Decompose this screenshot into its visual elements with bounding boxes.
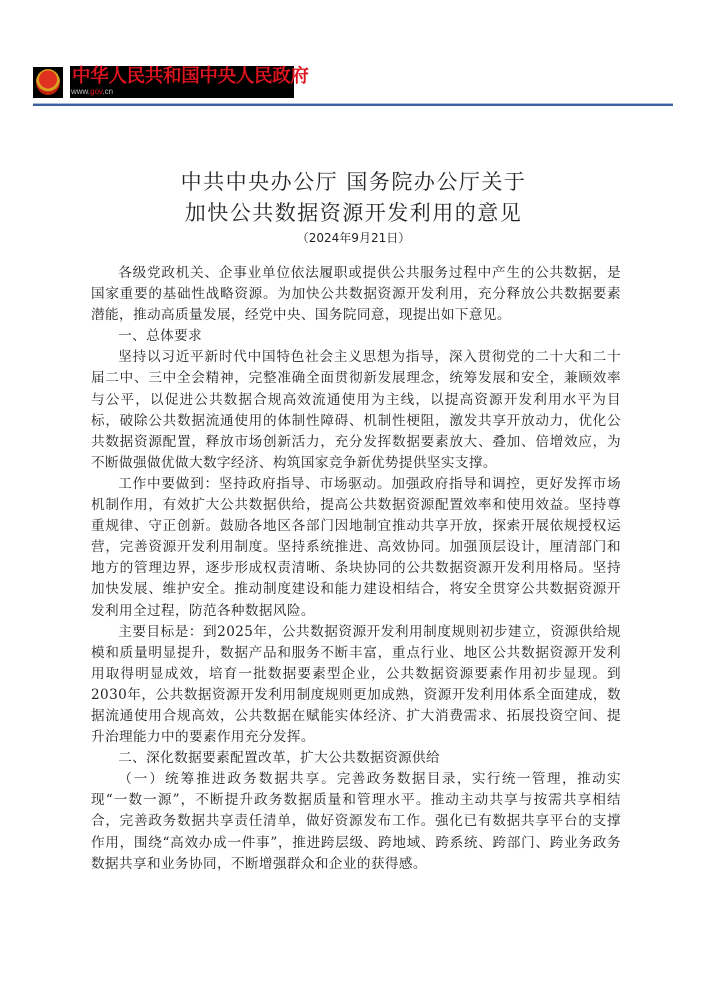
- header-divider: [33, 104, 673, 106]
- document-body: 各级党政机关、企事业单位依法履职或提供公共服务过程中产生的公共数据，是国家重要的…: [91, 263, 621, 875]
- document-title-line1: 中共中央办公厅 国务院办公厅关于: [0, 166, 707, 196]
- site-url: www.gov.cn: [71, 87, 113, 96]
- paragraph-main-goals: 主要目标是：到2025年，公共数据资源开发利用制度规则初步建立，资源供给规模和质…: [91, 622, 621, 749]
- national-emblem-icon: [33, 67, 63, 98]
- section-heading-1: 一、总体要求: [91, 326, 621, 347]
- paragraph-intro: 各级党政机关、企事业单位依法履职或提供公共服务过程中产生的公共数据，是国家重要的…: [91, 263, 621, 326]
- site-logo-banner[interactable]: 中华人民共和国中央人民政府 www.gov.cn: [70, 66, 294, 98]
- site-header: 中华人民共和国中央人民政府 www.gov.cn: [33, 66, 294, 98]
- document-title-line2: 加快公共数据资源开发利用的意见: [0, 197, 707, 227]
- paragraph-work-principles: 工作中要做到：坚持政府指导、市场驱动。加强政府指导和调控，更好发挥市场机制作用，…: [91, 474, 621, 622]
- site-name: 中华人民共和国中央人民政府: [72, 66, 309, 88]
- document-date: （2024年9月21日）: [0, 229, 707, 246]
- paragraph-guiding-principle: 坚持以习近平新时代中国特色社会主义思想为指导，深入贯彻党的二十大和二十届二中、三…: [91, 347, 621, 474]
- paragraph-subsection-1: （一）统筹推进政务数据共享。完善政务数据目录，实行统一管理，推动实现“一数一源”…: [91, 769, 621, 874]
- section-heading-2: 二、深化数据要素配置改革，扩大公共数据资源供给: [91, 748, 621, 769]
- subsection-lead: （一）统筹推进政务数据共享。: [118, 771, 337, 787]
